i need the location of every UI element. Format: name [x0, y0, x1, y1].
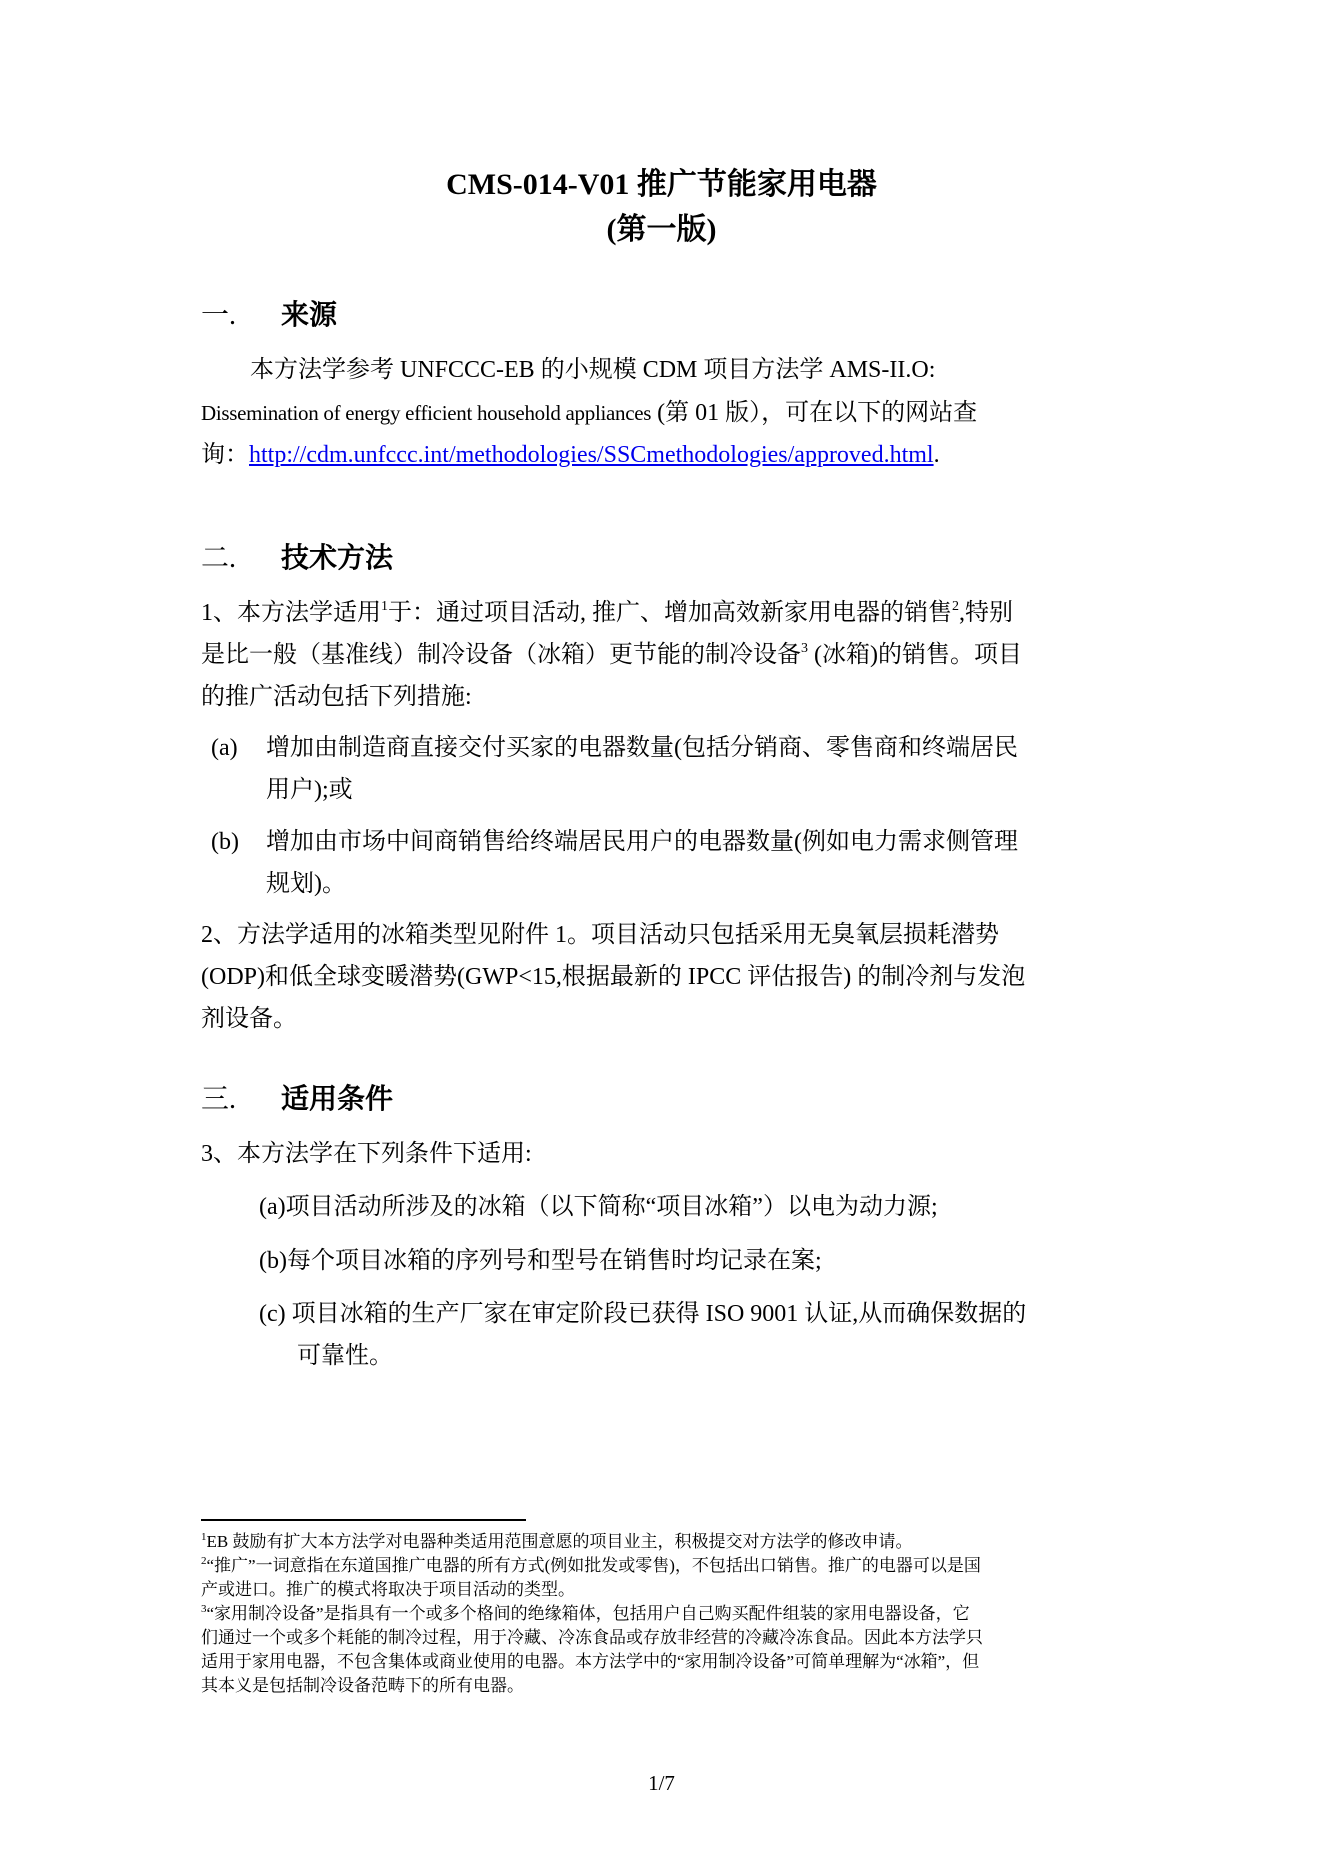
paragraph-line: 是比一般（基准线）制冷设备（冰箱）更节能的制冷设备3 (冰箱)的销售。项目 — [201, 638, 1022, 672]
footnote-3-continued: 们通过一个或多个耗能的制冷过程，用于冷藏、冷冻食品或存放非经营的冷藏冷冻食品。因… — [201, 1626, 983, 1649]
section-heading-applicability: 三.适用条件 — [201, 1080, 393, 1120]
paragraph-line: 剂设备。 — [201, 1002, 297, 1036]
section-heading-technical-method: 二.技术方法 — [201, 539, 393, 579]
paragraph-line: 询：http://cdm.unfccc.int/methodologies/SS… — [201, 438, 940, 472]
section-number: 三. — [201, 1080, 281, 1120]
list-item-label: (b) — [211, 825, 239, 859]
condition-item: (c) 项目冰箱的生产厂家在审定阶段已获得 ISO 9001 认证,从而确保数据… — [259, 1297, 1026, 1331]
document-page: CMS-014-V01 推广节能家用电器 (第一版) 一.来源 本方法学参考 U… — [0, 0, 1323, 1871]
list-item-text: 增加由制造商直接交付买家的电器数量(包括分销商、零售商和终端居民 — [266, 731, 1018, 765]
condition-item: (b)每个项目冰箱的序列号和型号在销售时均记录在案; — [259, 1244, 822, 1278]
section-title: 来源 — [281, 300, 337, 331]
methodology-name: Dissemination of energy efficient househ… — [201, 401, 651, 425]
methodology-link[interactable]: http://cdm.unfccc.int/methodologies/SSCm… — [249, 442, 934, 468]
document-subtitle: (第一版) — [0, 208, 1323, 252]
list-item-text: 用户);或 — [266, 773, 353, 807]
condition-item: (a)项目活动所涉及的冰箱（以下简称“项目冰箱”）以电为动力源; — [259, 1190, 938, 1224]
condition-item-continued: 可靠性。 — [297, 1339, 393, 1373]
paragraph-line: (ODP)和低全球变暖潜势(GWP<15,根据最新的 IPCC 评估报告) 的制… — [201, 960, 1025, 994]
paragraph-line: 本方法学参考 UNFCCC-EB 的小规模 CDM 项目方法学 AMS-II.O… — [250, 353, 935, 387]
paragraph-line: Dissemination of energy efficient househ… — [201, 396, 977, 430]
list-item-label: (a) — [211, 731, 238, 765]
footnote-1: 1EB 鼓励有扩大本方法学对电器种类适用范围意愿的项目业主，积极提交对方法学的修… — [201, 1530, 912, 1553]
paragraph-line: 3、本方法学在下列条件下适用: — [201, 1137, 532, 1171]
footnote-2: 2“推广”一词意指在东道国推广电器的所有方式(例如批发或零售)，不包括出口销售。… — [201, 1554, 981, 1577]
paragraph-line: 2、方法学适用的冰箱类型见附件 1。项目活动只包括采用无臭氧层损耗潜势 — [201, 918, 999, 952]
footnote-3-continued: 适用于家用电器，不包含集体或商业使用的电器。本方法学中的“家用制冷设备”可简单理… — [201, 1650, 979, 1673]
footnote-ref[interactable]: 3 — [801, 641, 808, 656]
footnote-3-continued: 其本义是包括制冷设备范畴下的所有电器。 — [201, 1674, 524, 1697]
footnote-2-continued: 产或进口。推广的模式将取决于项目活动的类型。 — [201, 1578, 575, 1601]
footnote-3: 3“家用制冷设备”是指具有一个或多个格间的绝缘箱体，包括用户自己购买配件组装的家… — [201, 1602, 970, 1625]
footnote-ref[interactable]: 2 — [952, 599, 959, 614]
section-heading-source: 一.来源 — [201, 296, 337, 336]
section-title: 技术方法 — [281, 543, 393, 574]
list-item-text: 规划)。 — [266, 867, 346, 901]
document-title: CMS-014-V01 推广节能家用电器 — [0, 163, 1323, 207]
page-number: 1/7 — [0, 1768, 1323, 1798]
paragraph-line: 的推广活动包括下列措施: — [201, 680, 472, 714]
section-number: 二. — [201, 539, 281, 579]
section-title: 适用条件 — [281, 1084, 393, 1115]
paragraph-line: 1、本方法学适用1于：通过项目活动, 推广、增加高效新家用电器的销售2,特别 — [201, 596, 1013, 630]
footnote-divider — [201, 1519, 526, 1521]
footnote-ref[interactable]: 1 — [381, 599, 388, 614]
section-number: 一. — [201, 296, 281, 336]
list-item-text: 增加由市场中间商销售给终端居民用户的电器数量(例如电力需求侧管理 — [266, 825, 1018, 859]
